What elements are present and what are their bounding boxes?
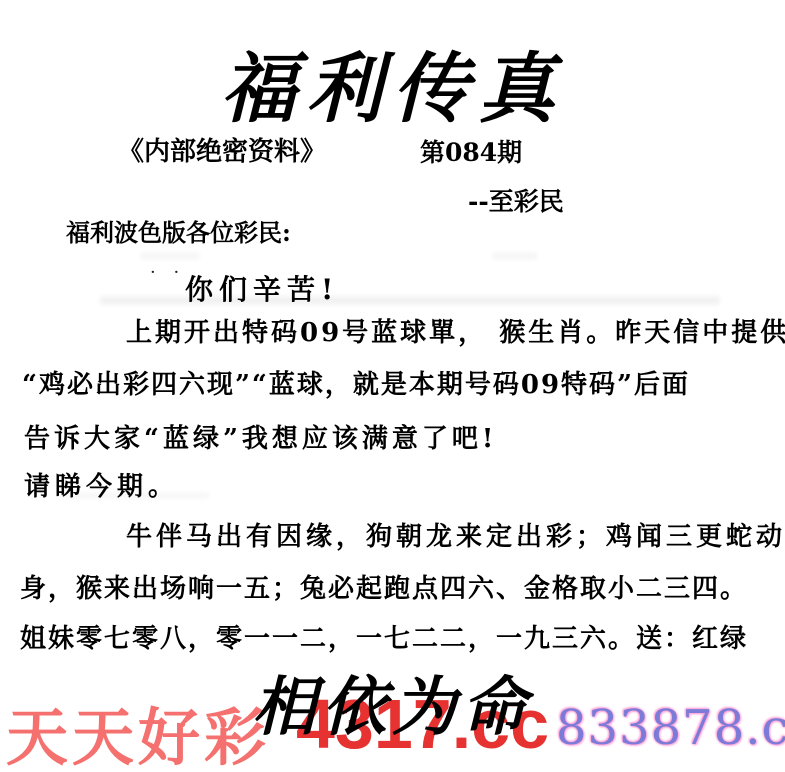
scan-artifact-smudge	[60, 492, 210, 499]
paragraph1-line2: “鸡必出彩四六现”“蓝球，就是本期号码09特码”后面	[22, 364, 690, 401]
paragraph2-line3: 姐妹零七零八，零一一二，一七二二，一九三六。送：红绿	[20, 618, 748, 655]
salutation-line: 福利波色版各位彩民:	[66, 213, 291, 248]
paragraph2-line2: 身，猴来出场响一五；兔必起跑点四六、金格取小二三四。	[20, 568, 748, 605]
scan-artifact-smudge	[100, 296, 720, 305]
scan-artifact-smudge	[140, 252, 200, 260]
fax-flyer-page: 福利传真 《内部绝密资料》 第084期 --至彩民 福利波色版各位彩民: · ·…	[0, 0, 785, 772]
paragraph1-line3: 告诉大家“蓝绿”我想应该满意了吧!	[24, 418, 497, 455]
secondary-site-watermark: 833878.com	[556, 700, 785, 756]
greeting-dots: · ·	[150, 262, 185, 283]
meta-row: 《内部绝密资料》 第084期	[0, 131, 785, 167]
scan-artifact-smudge	[492, 252, 538, 260]
closing-phrase: 相依为命	[252, 656, 532, 748]
paragraph2-line1: 牛伴马出有因缘，狗朝龙来定出彩；鸡闻三更蛇动	[126, 516, 785, 553]
source-label: 《内部绝密资料》	[118, 131, 326, 168]
page-title: 福利传真	[0, 28, 785, 137]
issue-number: 第084期	[420, 133, 522, 169]
paragraph1-line1: 上期开出特码09号蓝球單， 猴生肖。昨天信中提供	[126, 312, 785, 349]
dedication-line: --至彩民	[468, 182, 564, 218]
brand-watermark: 天天好彩	[6, 688, 270, 772]
